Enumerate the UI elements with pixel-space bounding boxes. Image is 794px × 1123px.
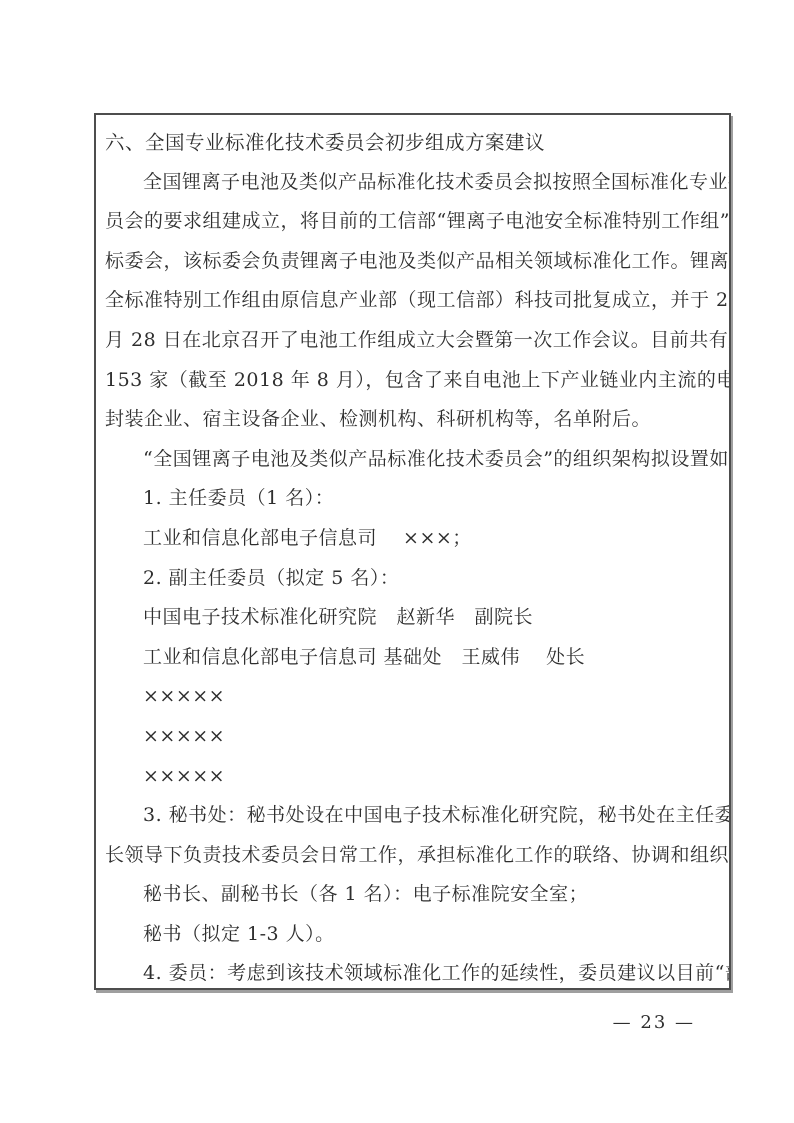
text-line: 封装企业、宿主设备企业、检测机构、科研机构等，名单附后。 — [105, 400, 720, 440]
placeholder-line: ××××× — [105, 677, 720, 717]
text-line: 工业和信息化部电子信息司 基础处 王威伟 处长 — [105, 638, 720, 678]
list-item-vice-chairman: 2. 副主任委员（拟定 5 名）： — [105, 559, 720, 599]
list-item-secretariat: 3. 秘书处：秘书处设在中国电子技术标准化研究院，秘书处在主任委员和秘书 — [105, 796, 720, 836]
text-line: 标委会，该标委会负责锂离子电池及类似产品相关领域标准化工作。锂离子电池安 — [105, 242, 720, 282]
list-item-members: 4. 委员：考虑到该技术领域标准化工作的延续性，委员建议以目前“部锂离子 — [105, 954, 720, 990]
text-line: 中国电子技术标准化研究院 赵新华 副院长 — [105, 598, 720, 638]
text-line: 工业和信息化部电子信息司 ×××； — [105, 519, 720, 559]
text-line: 全标准特别工作组由原信息产业部（现工信部）科技司批复成立，并于 2008 年 3 — [105, 281, 720, 321]
bordered-text-box: 六、全国专业标准化技术委员会初步组成方案建议 全国锂离子电池及类似产品标准化技术… — [94, 113, 731, 990]
list-item-chairman: 1. 主任委员（1 名）： — [105, 479, 720, 519]
section-heading: 六、全国专业标准化技术委员会初步组成方案建议 — [105, 123, 720, 163]
text-line: 员会的要求组建成立，将目前的工信部“锂离子电池安全标准特别工作组”纳入该 — [105, 202, 720, 242]
text-line: 长领导下负责技术委员会日常工作，承担标准化工作的联络、协调和组织。 — [105, 836, 720, 876]
text-line: 全国锂离子电池及类似产品标准化技术委员会拟按照全国标准化专业技术委 — [105, 163, 720, 203]
text-line: “全国锂离子电池及类似产品标准化技术委员会”的组织架构拟设置如下： — [105, 440, 720, 480]
text-line: 秘书（拟定 1-3 人）。 — [105, 915, 720, 955]
text-line: 秘书长、副秘书长（各 1 名）：电子标准院安全室； — [105, 875, 720, 915]
text-line: 153 家（截至 2018 年 8 月），包含了来自电池上下产业链业内主流的电芯… — [105, 361, 720, 401]
placeholder-line: ××××× — [105, 717, 720, 757]
document-page: 六、全国专业标准化技术委员会初步组成方案建议 全国锂离子电池及类似产品标准化技术… — [0, 0, 794, 1123]
text-line: 月 28 日在北京召开了电池工作组成立大会暨第一次工作会议。目前共有成员单位 — [105, 321, 720, 361]
placeholder-line: ××××× — [105, 757, 720, 797]
page-number: — 23 — — [613, 1008, 695, 1038]
